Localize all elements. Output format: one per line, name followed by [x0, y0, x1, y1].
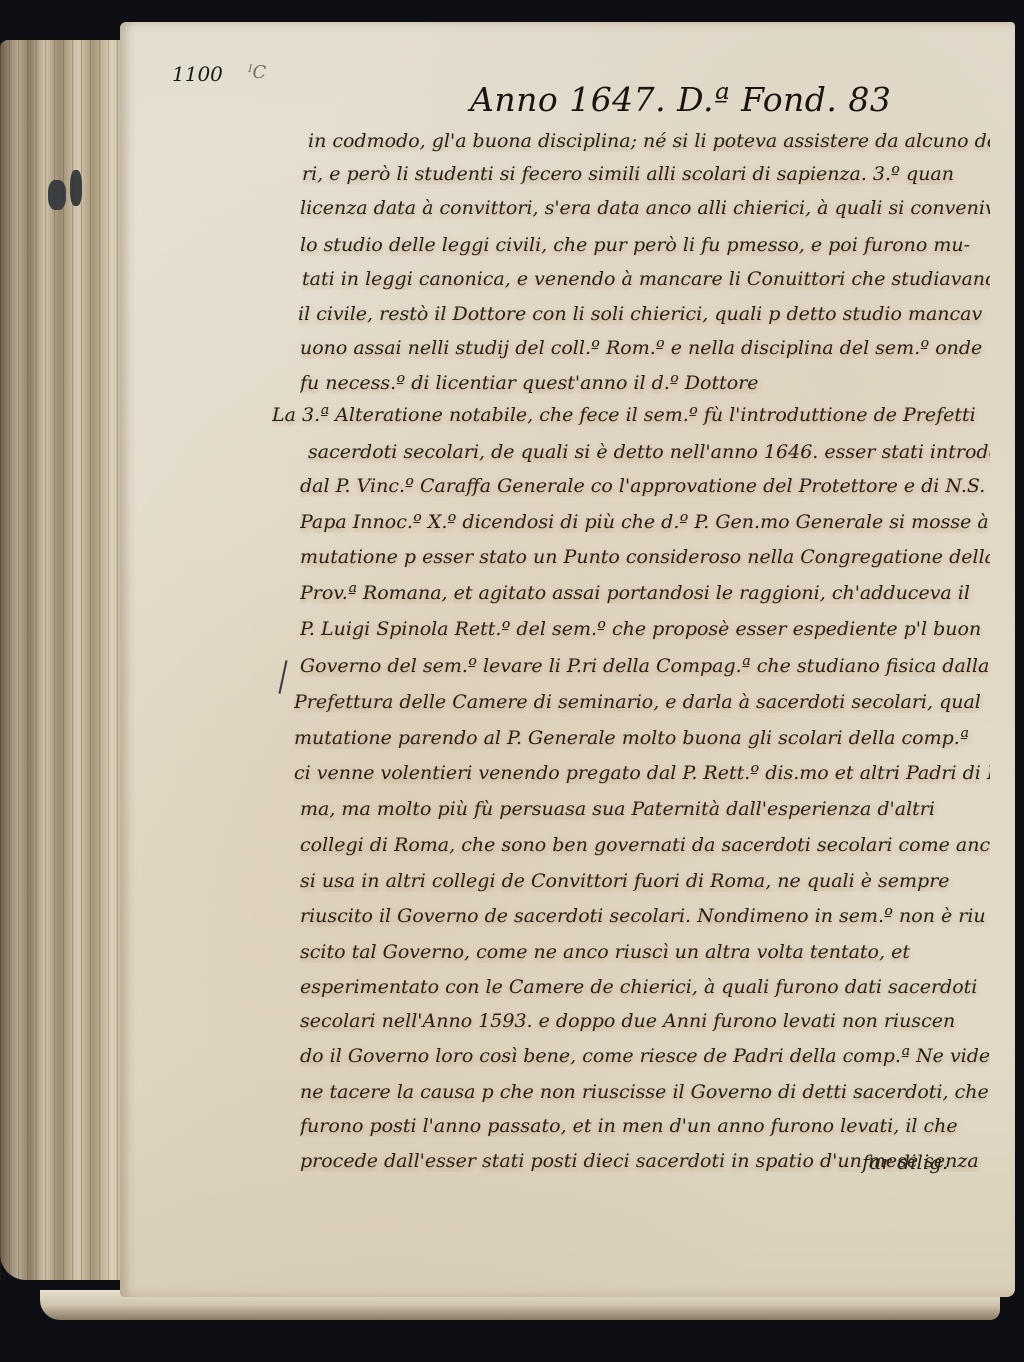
manuscript-line: scito tal Governo, come ne anco riuscì u…: [300, 941, 990, 963]
manuscript-line: mutatione parendo al P. Generale molto b…: [294, 727, 990, 749]
manuscript-line: dal P. Vinc.º Caraffa Generale co l'appr…: [300, 475, 990, 497]
manuscript-line: mutatione p esser stato un Punto conside…: [300, 546, 990, 568]
manuscript-line: Papa Innoc.º X.º dicendosi di più che d.…: [300, 511, 990, 533]
manuscript-line: riuscito il Governo de sacerdoti secolar…: [300, 905, 990, 927]
manuscript-line: ci venne volentieri venendo pregato dal …: [294, 762, 990, 784]
manuscript-line: ne tacere la causa p che non riuscisse i…: [300, 1081, 990, 1103]
page-heading: Anno 1647. D.ª Fond. 83: [470, 80, 891, 119]
manuscript-line: sacerdoti secolari, de quali si è detto …: [308, 441, 990, 463]
manuscript-line: il civile, restò il Dottore con li soli …: [298, 303, 990, 325]
manuscript-line: lo studio delle leggi civili, che pur pe…: [300, 234, 990, 256]
manuscript-line: Prefettura delle Camere di seminario, e …: [294, 691, 990, 713]
manuscript-line: ma, ma molto più fù persuasa sua Paterni…: [300, 798, 990, 820]
manuscript-line: P. Luigi Spinola Rett.º del sem.º che pr…: [300, 618, 990, 640]
manuscript-line: do il Governo loro così bene, come riesc…: [300, 1045, 990, 1067]
stain-mark: [48, 180, 66, 210]
manuscript-line: esperimentato con le Camere de chierici,…: [300, 976, 990, 998]
manuscript-line: ri, e però li studenti si fecero simili …: [302, 163, 990, 185]
folio-number: 1100: [172, 62, 223, 86]
manuscript-line: Governo del sem.º levare li P.ri della C…: [300, 655, 990, 677]
manuscript-line: furono posti l'anno passato, et in men d…: [300, 1115, 990, 1137]
manuscript-line: Prov.ª Romana, et agitato assai portando…: [300, 582, 990, 604]
manuscript-line: La 3.ª Alteratione notabile, che fece il…: [272, 404, 990, 426]
manuscript-line: fu necess.º di licentiar quest'anno il d…: [300, 372, 990, 394]
manuscript-line: licenza data à convittori, s'era data an…: [300, 197, 990, 219]
stain-mark: [70, 170, 82, 206]
manuscript-line: secolari nell'Anno 1593. e doppo due Ann…: [300, 1010, 990, 1032]
manuscript-line: uono assai nelli studij del coll.º Rom.º…: [300, 337, 990, 359]
manuscript-line: in codmodo, gl'a buona disciplina; né si…: [308, 130, 990, 152]
manuscript-line: collegi di Roma, che sono ben governati …: [300, 834, 990, 856]
old-folio-mark: ᴵC: [248, 62, 266, 83]
manuscript-line: tati in leggi canonica, e venendo à manc…: [302, 268, 990, 290]
catchword: far dilig.: [862, 1150, 948, 1174]
manuscript-line: si usa in altri collegi de Convittori fu…: [300, 870, 990, 892]
